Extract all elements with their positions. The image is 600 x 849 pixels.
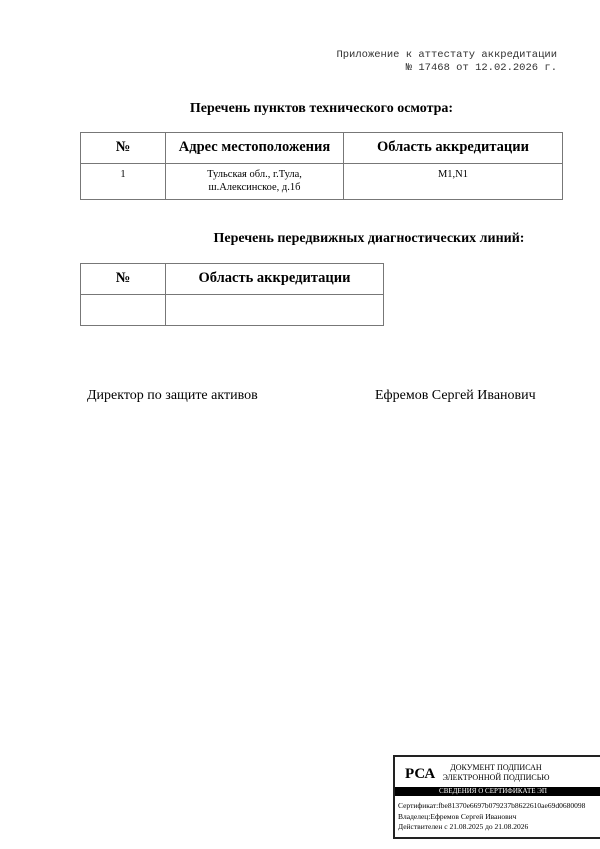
signer-name: Ефремов Сергей Иванович — [375, 388, 536, 404]
certificate-id: Сертификат:fbe81370e6697b079237b8622610a… — [398, 801, 585, 812]
appendix-line1: Приложение к аттестату аккредитации — [336, 49, 557, 62]
cell-num — [81, 295, 166, 326]
signer-position: Директор по защите активов — [87, 388, 258, 404]
table-row: 1 Тульская обл., г.Тула, ш.Алексинское, … — [81, 164, 563, 200]
appendix-header: Приложение к аттестату аккредитации № 17… — [336, 49, 557, 75]
section1-title: Перечень пунктов технического осмотра: — [80, 101, 563, 117]
certificate-owner: Владелец:Ефремов Сергей Иванович — [398, 812, 585, 823]
inspection-points-table: № Адрес местоположения Область аккредита… — [80, 132, 563, 200]
column-header-scope: Область аккредитации — [166, 264, 384, 295]
column-header-scope: Область аккредитации — [344, 133, 563, 164]
certificate-info: Сертификат:fbe81370e6697b079237b8622610a… — [398, 801, 585, 833]
cell-scope: M1,N1 — [344, 164, 563, 200]
appendix-line2: № 17468 от 12.02.2026 г. — [336, 62, 557, 75]
mobile-lines-table: № Область аккредитации — [80, 263, 384, 326]
signed-text: ДОКУМЕНТ ПОДПИСАН ЭЛЕКТРОННОЙ ПОДПИСЬЮ — [441, 763, 551, 783]
electronic-signature-stamp: РСА ДОКУМЕНТ ПОДПИСАН ЭЛЕКТРОННОЙ ПОДПИС… — [393, 755, 600, 839]
cell-address: Тульская обл., г.Тула, ш.Алексинское, д.… — [166, 164, 344, 200]
table-header-row: № Область аккредитации — [81, 264, 384, 295]
cell-scope — [166, 295, 384, 326]
column-header-num: № — [81, 133, 166, 164]
rca-logo: РСА — [405, 766, 435, 783]
column-header-num: № — [81, 264, 166, 295]
cell-num: 1 — [81, 164, 166, 200]
certificate-validity: Действителен с 21.08.2025 до 21.08.2026 — [398, 822, 585, 833]
table-row — [81, 295, 384, 326]
section2-title: Перечень передвижных диагностических лин… — [80, 231, 563, 247]
certificate-info-bar: СВЕДЕНИЯ О СЕРТИФИКАТЕ ЭП — [395, 787, 600, 796]
column-header-address: Адрес местоположения — [166, 133, 344, 164]
table-header-row: № Адрес местоположения Область аккредита… — [81, 133, 563, 164]
